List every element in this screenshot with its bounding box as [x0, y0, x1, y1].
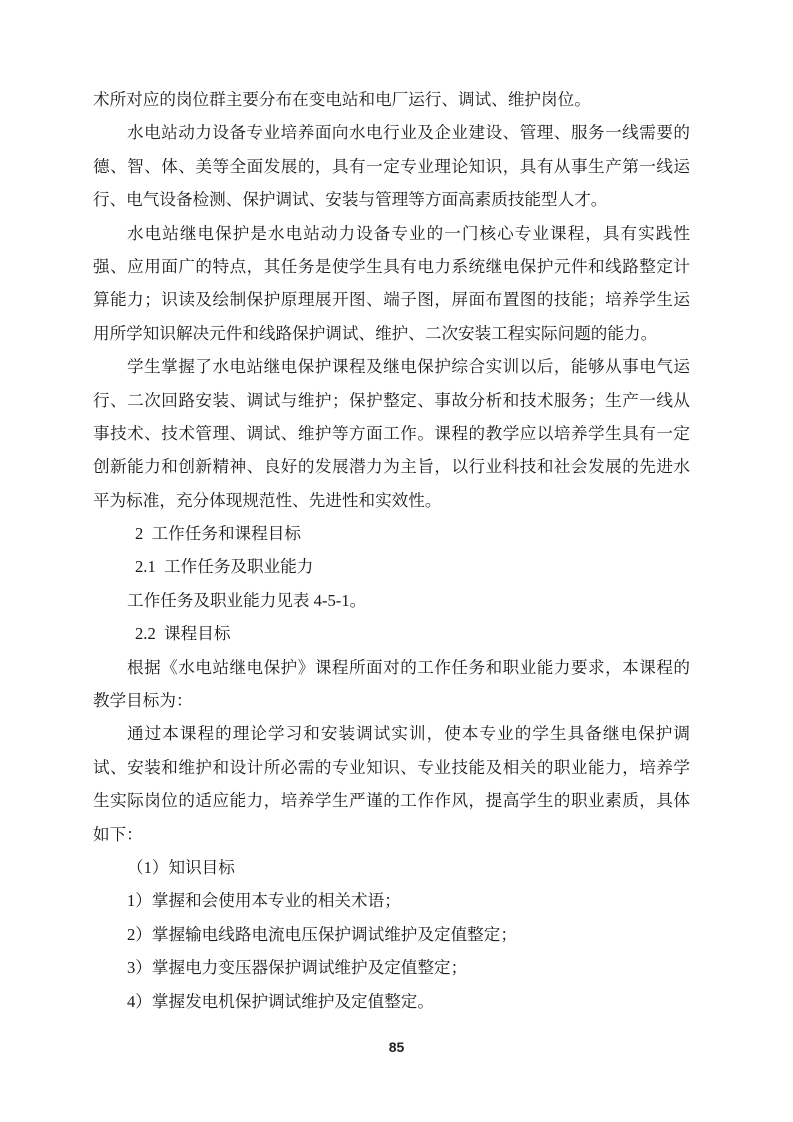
paragraph-line: 用所学知识解决元件和线路保护调试、维护、二次安装工程实际问题的能力。 — [93, 317, 690, 350]
list-item-line: 2）掌握输电线路电流电压保护调试维护及定值整定； — [93, 918, 690, 951]
paragraph-line: 生实际岗位的适应能力，培养学生严谨的工作作风，提高学生的职业素质，具体 — [93, 784, 690, 817]
section-heading-2: 2 工作任务和课程目标 — [93, 517, 690, 550]
paragraph-line: 行、二次回路安装、调试与维护；保护整定、事故分析和技术服务；生产一线从 — [93, 384, 690, 417]
document-body: 术所对应的岗位群主要分布在变电站和电厂运行、调试、维护岗位。 水电站动力设备专业… — [93, 83, 690, 1018]
paragraph-line: 学生掌握了水电站继电保护课程及继电保护综合实训以后，能够从事电气运 — [93, 350, 690, 383]
paragraph-line: 如下： — [93, 818, 690, 851]
paragraph-line: 德、智、体、美等全面发展的，具有一定专业理论知识，具有从事生产第一线运 — [93, 150, 690, 183]
document-page: 术所对应的岗位群主要分布在变电站和电厂运行、调试、维护岗位。 水电站动力设备专业… — [0, 0, 793, 1122]
section-heading-2-2: 2.2 课程目标 — [93, 617, 690, 650]
paragraph-line: 平为标准，充分体现规范性、先进性和实效性。 — [93, 484, 690, 517]
list-item-line: 4）掌握发电机保护调试维护及定值整定。 — [93, 985, 690, 1018]
list-item-line: 3）掌握电力变压器保护调试维护及定值整定； — [93, 951, 690, 984]
paragraph-line: 术所对应的岗位群主要分布在变电站和电厂运行、调试、维护岗位。 — [93, 83, 690, 116]
paragraph-line: 强、应用面广的特点，其任务是使学生具有电力系统继电保护元件和线路整定计 — [93, 250, 690, 283]
list-heading-line: （1）知识目标 — [93, 851, 690, 884]
paragraph-line: 水电站继电保护是水电站动力设备专业的一门核心专业课程，具有实践性 — [93, 217, 690, 250]
paragraph-line: 教学目标为： — [93, 684, 690, 717]
paragraph-line: 水电站动力设备专业培养面向水电行业及企业建设、管理、服务一线需要的 — [93, 116, 690, 149]
paragraph-line: 通过本课程的理论学习和安装调试实训，使本专业的学生具备继电保护调 — [93, 717, 690, 750]
paragraph-line: 根据《水电站继电保护》课程所面对的工作任务和职业能力要求，本课程的 — [93, 651, 690, 684]
section-heading-2-1: 2.1 工作任务及职业能力 — [93, 550, 690, 583]
paragraph-line: 行、电气设备检测、保护调试、安装与管理等方面高素质技能型人才。 — [93, 183, 690, 216]
paragraph-line: 试、安装和维护和设计所必需的专业知识、专业技能及相关的职业能力，培养学 — [93, 751, 690, 784]
list-item-line: 1）掌握和会使用本专业的相关术语； — [93, 884, 690, 917]
paragraph-line: 创新能力和创新精神、良好的发展潜力为主旨，以行业科技和社会发展的先进水 — [93, 450, 690, 483]
paragraph-line: 事技术、技术管理、调试、维护等方面工作。课程的教学应以培养学生具有一定 — [93, 417, 690, 450]
paragraph-line: 工作任务及职业能力见表 4-5-1。 — [93, 584, 690, 617]
page-number: 85 — [0, 1038, 793, 1056]
paragraph-line: 算能力；识读及绘制保护原理展开图、端子图，屏面布置图的技能；培养学生运 — [93, 283, 690, 316]
